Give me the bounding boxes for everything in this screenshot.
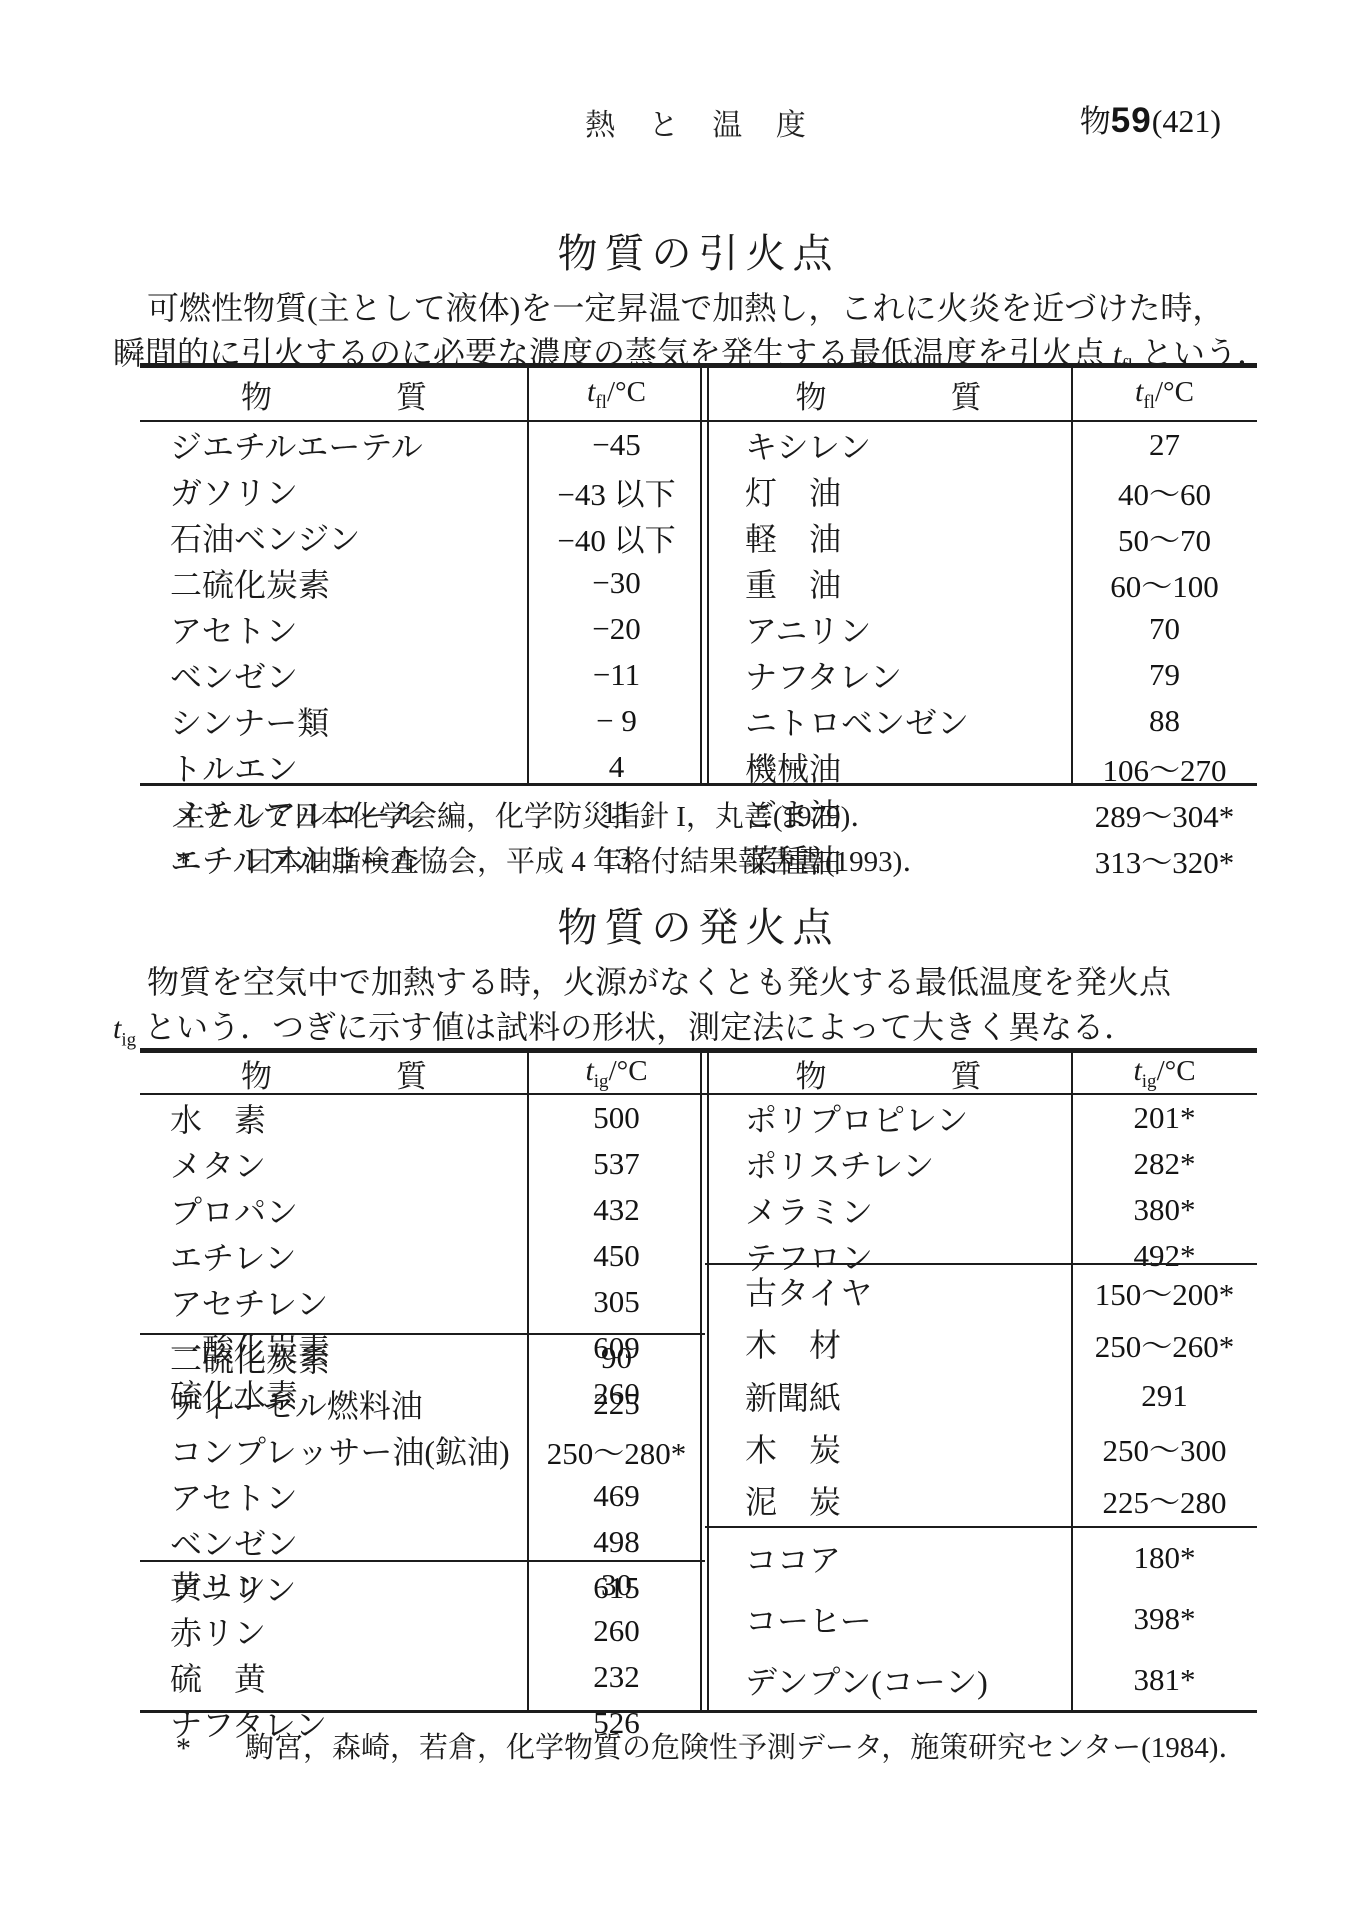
flash-point-footnotes: 主として日本化学会編，化学防災指針 I，丸善(1979)． * 日本油脂検査協会… (176, 795, 1256, 885)
table-row: ポリスチレン282* (705, 1141, 1257, 1187)
table-row: 二硫化炭素−30 (140, 560, 705, 606)
page-number-value: 59 (1111, 101, 1152, 140)
substance-name: ニトロベンゼン (705, 698, 1072, 744)
table-header-row: 物 質 tig/°C 物 質 tig/°C (140, 1053, 1257, 1095)
substance-column-header: 物 質 (705, 372, 1072, 417)
substance-temperature: 500 (528, 1100, 705, 1136)
substance-name: コンプレッサー油(鉱油) (140, 1427, 528, 1473)
substance-temperature: 60〜100 (1072, 561, 1257, 606)
substance-temperature: 282* (1072, 1146, 1257, 1182)
footnote-text: 日本油脂検査協会，平成 4 年格付結果報告書(1993)． (245, 840, 931, 885)
table-row: ニトロベンゼン88 (705, 698, 1257, 744)
table-row: 水 素500 (140, 1095, 705, 1141)
table-row: アセチレン305 (140, 1279, 705, 1325)
table-row: ココア180* (705, 1528, 1257, 1589)
table-row: シンナー類− 9 (140, 698, 705, 744)
substance-name: アニリン (705, 606, 1072, 652)
intro-line: tigという．つぎに示す値は試料の形状，測定法によって大きく異なる． (113, 1005, 1253, 1050)
table-row: プロパン432 (140, 1187, 705, 1233)
substance-temperature: 150〜200* (1072, 1269, 1257, 1314)
substance-temperature: −43 以下 (528, 469, 705, 514)
substance-name: トルエン (140, 744, 528, 790)
substance-temperature: 260 (528, 1613, 705, 1649)
substance-name: 機械油 (705, 744, 1072, 790)
substance-name: コーヒー (705, 1596, 1072, 1642)
substance-temperature: 27 (1072, 427, 1257, 463)
table-row: 泥 炭225〜280 (705, 1474, 1257, 1526)
table-row-group: ポリプロピレン201*ポリスチレン282*メラミン380*テフロン492* (705, 1095, 1257, 1263)
column-rule (1071, 368, 1073, 783)
column-rule (1071, 1053, 1073, 1710)
substance-temperature: 70 (1072, 611, 1257, 647)
ignition-temp-column-header: tig/°C (528, 1052, 705, 1093)
substance-name: アセチレン (140, 1279, 528, 1325)
asterisk-note: * 駒宮，森崎，若倉，化学物質の危険性予測データ，施策研究センター(1984)． (176, 1726, 1256, 1771)
substance-temperature: 250〜280* (528, 1428, 705, 1473)
table-row-group: キシレン27灯 油40〜60軽 油50〜70重 油60〜100アニリン70ナフタ… (705, 422, 1257, 783)
flash-point-section-title: 物質の引火点 (140, 222, 1257, 279)
table-row: コンプレッサー油(鉱油)250〜280* (140, 1427, 705, 1473)
table-row-group: 二硫化炭素90ディーゼル燃料油225コンプレッサー油(鉱油)250〜280*アセ… (140, 1333, 705, 1560)
substance-temperature: 106〜270 (1072, 745, 1257, 790)
source-note: 主として日本化学会編，化学防災指針 I，丸善(1979)． (176, 795, 1256, 840)
flash-temp-column-header: tfl/°C (528, 373, 705, 414)
table-row-group: ココア180*コーヒー398*デンプン(コーン)381* (705, 1526, 1257, 1710)
table-row: キシレン27 (705, 422, 1257, 468)
intro-line: 物質を空気中で加熱する時，火源がなくとも発火する最低温度を発火点 (113, 960, 1253, 1005)
substance-name: 木 材 (705, 1320, 1072, 1366)
center-double-rule (700, 1053, 709, 1710)
table-row: ベンゼン498 (140, 1519, 705, 1565)
substance-name: 軽 油 (705, 514, 1072, 560)
table-row: 木 炭250〜300 (705, 1422, 1257, 1474)
flash-point-table: 物 質 tfl/°C 物 質 tfl/°C ジエチルエーテル−45ガソリン−43… (140, 363, 1257, 786)
substance-name: キシレン (705, 422, 1072, 468)
substance-temperature: 250〜300 (1072, 1425, 1257, 1470)
substance-temperature: 88 (1072, 703, 1257, 739)
table-row: アセトン−20 (140, 606, 705, 652)
center-double-rule (700, 368, 709, 783)
table-row: コーヒー398* (705, 1589, 1257, 1650)
substance-name: 二硫化炭素 (140, 560, 528, 606)
substance-temperature: −30 (528, 565, 705, 601)
substance-name: ポリスチレン (705, 1141, 1072, 1187)
column-rule (527, 1053, 529, 1710)
table-row-group: ジエチルエーテル−45ガソリン−43 以下石油ベンジン−40 以下二硫化炭素−3… (140, 422, 705, 783)
ignition-point-section-title: 物質の発火点 (140, 896, 1257, 953)
substance-temperature: 291 (1072, 1378, 1257, 1414)
substance-temperature: 4 (528, 749, 705, 785)
table-row-group: 黄リン30赤リン260硫 黄232ナフタレン526 (140, 1560, 705, 1710)
substance-name: エチレン (140, 1233, 528, 1279)
substance-temperature: 469 (528, 1478, 705, 1514)
substance-name: ポリプロピレン (705, 1095, 1072, 1141)
source-text: 主として日本化学会編，化学防災指針 I，丸善(1979)． (176, 795, 879, 840)
column-rule (527, 368, 529, 783)
substance-temperature: 50〜70 (1072, 515, 1257, 560)
substance-column-header: 物 質 (705, 1051, 1072, 1096)
substance-name: ベンゼン (140, 1519, 528, 1565)
ignition-point-table: 物 質 tig/°C 物 質 tig/°C 水 素500メタン537プロパン43… (140, 1048, 1257, 1713)
substance-temperature: 498 (528, 1524, 705, 1560)
substance-temperature: 381* (1072, 1662, 1257, 1698)
table-row: メラミン380* (705, 1187, 1257, 1233)
table-row: メタン537 (140, 1141, 705, 1187)
footnote-text: 駒宮，森崎，若倉，化学物質の危険性予測データ，施策研究センター(1984)． (245, 1726, 1247, 1771)
table-row: ガソリン−43 以下 (140, 468, 705, 514)
substance-temperature: 380* (1072, 1192, 1257, 1228)
substance-temperature: 225 (528, 1386, 705, 1422)
table-row: 石油ベンジン−40 以下 (140, 514, 705, 560)
substance-name: ガソリン (140, 468, 528, 514)
substance-temperature: −20 (528, 611, 705, 647)
table-body: ジエチルエーテル−45ガソリン−43 以下石油ベンジン−40 以下二硫化炭素−3… (140, 422, 1257, 783)
table-row: 硫 黄232 (140, 1654, 705, 1700)
substance-name: アセトン (140, 606, 528, 652)
substance-temperature: 201* (1072, 1100, 1257, 1136)
table-row: 重 油60〜100 (705, 560, 1257, 606)
substance-temperature: −45 (528, 427, 705, 463)
asterisk-note: * 日本油脂検査協会，平成 4 年格付結果報告書(1993)． (176, 840, 1256, 885)
ignition-temp-column-header: tig/°C (1072, 1052, 1257, 1093)
substance-name: ナフタレン (705, 652, 1072, 698)
substance-temperature: −40 以下 (528, 515, 705, 560)
substance-temperature: − 9 (528, 703, 705, 739)
substance-name: デンプン(コーン) (705, 1657, 1072, 1703)
ignition-point-footnotes: * 駒宮，森崎，若倉，化学物質の危険性予測データ，施策研究センター(1984)． (176, 1726, 1256, 1771)
substance-temperature: 40〜60 (1072, 469, 1257, 514)
table-row: ベンゼン−11 (140, 652, 705, 698)
substance-name: 泥 炭 (705, 1477, 1072, 1523)
substance-temperature: 79 (1072, 657, 1257, 693)
table-row: ジエチルエーテル−45 (140, 422, 705, 468)
substance-name: メタン (140, 1141, 528, 1187)
substance-temperature: 537 (528, 1146, 705, 1182)
table-row: 新聞紙291 (705, 1369, 1257, 1421)
substance-temperature: 225〜280 (1072, 1477, 1257, 1522)
substance-name: 二硫化炭素 (140, 1335, 528, 1381)
table-row: 赤リン260 (140, 1608, 705, 1654)
substance-name: 灯 油 (705, 468, 1072, 514)
table-row: デンプン(コーン)381* (705, 1649, 1257, 1710)
substance-name: 黄リン (140, 1562, 528, 1608)
substance-name: メラミン (705, 1187, 1072, 1233)
substance-temperature: 450 (528, 1238, 705, 1274)
substance-name: ディーゼル燃料油 (140, 1381, 528, 1427)
table-row: ポリプロピレン201* (705, 1095, 1257, 1141)
substance-name: 古タイヤ (705, 1268, 1072, 1314)
substance-temperature: 250〜260* (1072, 1321, 1257, 1366)
table-row: 二硫化炭素90 (140, 1335, 705, 1381)
ignition-point-intro: 物質を空気中で加熱する時，火源がなくとも発火する最低温度を発火点 tigという．… (113, 960, 1253, 1050)
page-number-paren: (421) (1152, 103, 1221, 139)
substance-name: 新聞紙 (705, 1373, 1072, 1419)
table-body: 水 素500メタン537プロパン432エチレン450アセチレン305一酸化炭素6… (140, 1095, 1257, 1710)
substance-name: 重 油 (705, 560, 1072, 606)
intro-text: という．つぎに示す値は試料の形状，測定法によって大きく異なる． (144, 1009, 1136, 1045)
substance-name: シンナー類 (140, 698, 528, 744)
asterisk: * (176, 1726, 245, 1771)
substance-name: ココア (705, 1535, 1072, 1581)
substance-temperature: 398* (1072, 1601, 1257, 1637)
table-row: トルエン4 (140, 744, 705, 790)
substance-name: 石油ベンジン (140, 514, 528, 560)
substance-name: 木 炭 (705, 1425, 1072, 1471)
page-number: 物59(421) (1080, 96, 1221, 141)
table-row: 古タイヤ150〜200* (705, 1265, 1257, 1317)
substance-temperature: 30 (528, 1567, 705, 1603)
table-row: 軽 油50〜70 (705, 514, 1257, 560)
substance-name: 赤リン (140, 1608, 528, 1654)
table-row: 灯 油40〜60 (705, 468, 1257, 514)
flash-temp-column-header: tfl/°C (1072, 373, 1257, 414)
table-row-group: 水 素500メタン537プロパン432エチレン450アセチレン305一酸化炭素6… (140, 1095, 705, 1333)
asterisk: * (176, 840, 245, 885)
substance-temperature: 232 (528, 1659, 705, 1695)
substance-name: アセトン (140, 1473, 528, 1519)
substance-column-header: 物 質 (140, 1051, 528, 1096)
substance-temperature: 305 (528, 1284, 705, 1320)
table-row: アニリン70 (705, 606, 1257, 652)
substance-temperature: −11 (528, 657, 705, 693)
substance-temperature: 432 (528, 1192, 705, 1228)
table-row: 木 材250〜260* (705, 1317, 1257, 1369)
table-row: 黄リン30 (140, 1562, 705, 1608)
substance-name: 硫 黄 (140, 1654, 528, 1700)
table-row: エチレン450 (140, 1233, 705, 1279)
intro-line: 可燃性物質(主として液体)を一定昇温で加熱し，これに火炎を近づけた時， (113, 286, 1253, 331)
table-row: ディーゼル燃料油225 (140, 1381, 705, 1427)
page-number-category: 物 (1080, 104, 1111, 139)
table-row: 機械油106〜270 (705, 744, 1257, 790)
table-row: アセトン469 (140, 1473, 705, 1519)
t-ig-symbol: tig (113, 1009, 136, 1045)
substance-name: プロパン (140, 1187, 528, 1233)
substance-name: ベンゼン (140, 652, 528, 698)
book-page: 熱 と 温 度 物59(421) 物質の引火点 可燃性物質(主として液体)を一定… (0, 0, 1359, 1920)
substance-temperature: 90 (528, 1340, 705, 1376)
table-row: ナフタレン79 (705, 652, 1257, 698)
table-row-group: 古タイヤ150〜200*木 材250〜260*新聞紙291木 炭250〜300泥… (705, 1263, 1257, 1526)
substance-temperature: 180* (1072, 1540, 1257, 1576)
substance-name: 水 素 (140, 1095, 528, 1141)
substance-name: ジエチルエーテル (140, 422, 528, 468)
substance-column-header: 物 質 (140, 372, 528, 417)
table-header-row: 物 質 tfl/°C 物 質 tfl/°C (140, 368, 1257, 422)
